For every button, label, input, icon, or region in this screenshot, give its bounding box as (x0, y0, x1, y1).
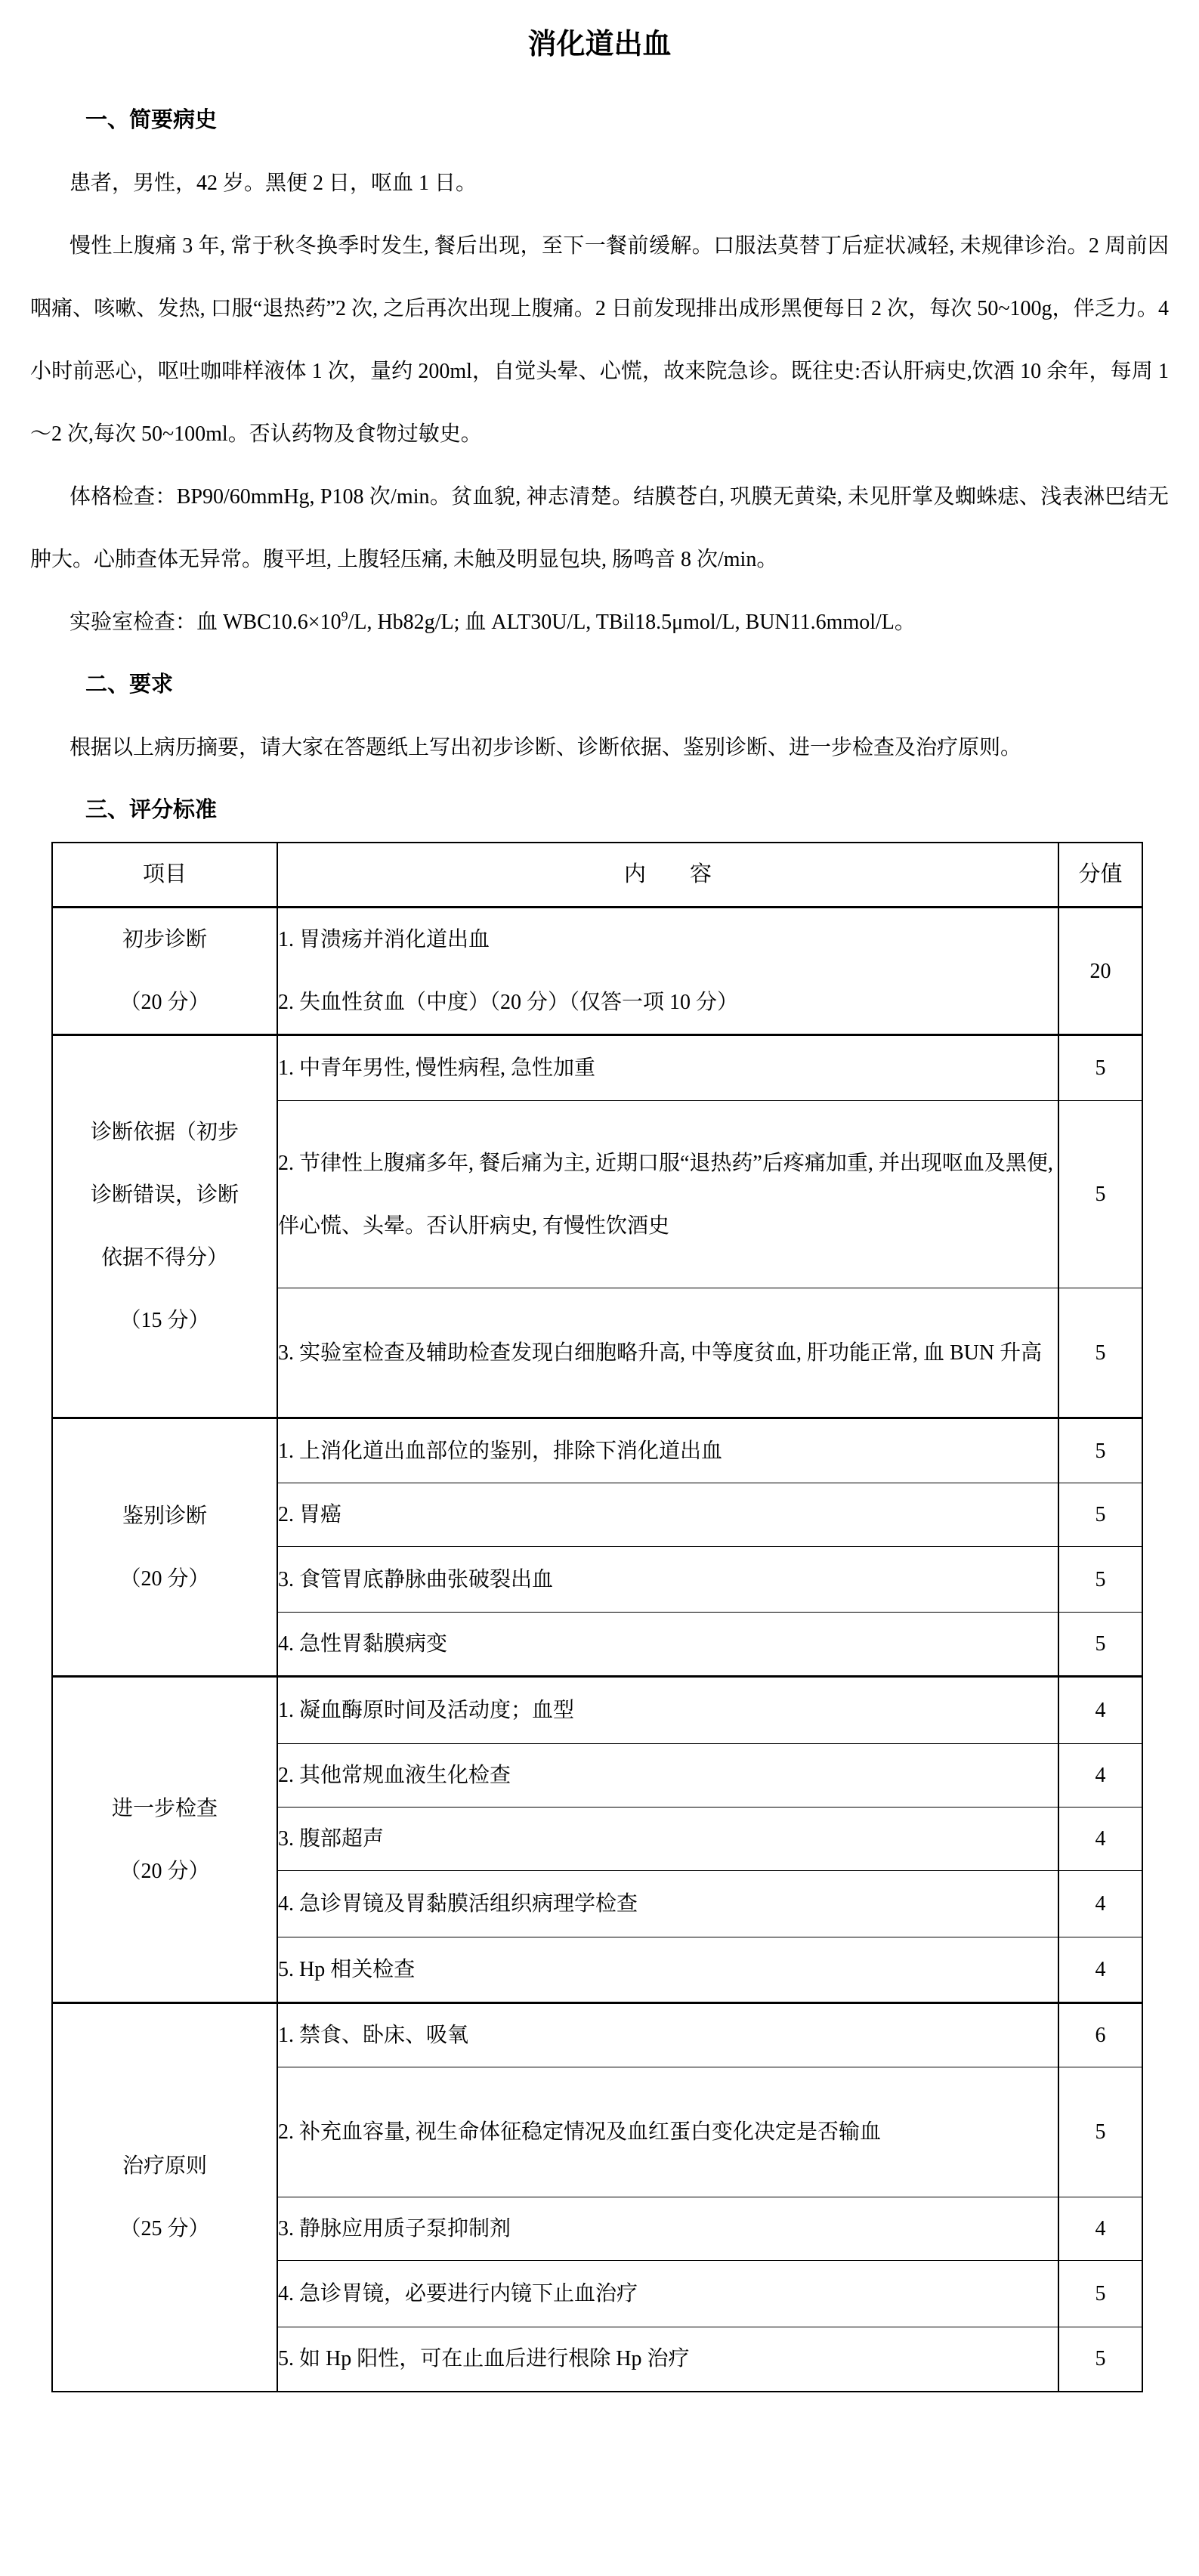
rubric-content-cell: 2. 补充血容量, 视生命体征稳定情况及血红蛋白变化决定是否输血 (277, 2067, 1058, 2197)
rubric-score-cell: 5 (1058, 1613, 1142, 1677)
rubric-score-cell: 5 (1058, 2261, 1142, 2327)
label-line: 诊断依据（初步 (53, 1101, 277, 1164)
rubric-score-cell: 5 (1058, 1483, 1142, 1547)
rubric-section-label: 鉴别诊断 （20 分） (52, 1418, 277, 1677)
rubric-content-cell: 3. 静脉应用质子泵抑制剂 (277, 2197, 1058, 2261)
rubric-content-cell: 5. 如 Hp 阳性，可在止血后进行根除 Hp 治疗 (277, 2327, 1058, 2392)
label-line: （25 分） (53, 2197, 277, 2260)
rubric-content-cell: 4. 急诊胃镜，必要进行内镜下止血治疗 (277, 2261, 1058, 2327)
rubric-content-cell: 3. 腹部超声 (277, 1808, 1058, 1871)
rubric-score-cell: 5 (1058, 1418, 1142, 1483)
label-line: 依据不得分） (53, 1226, 277, 1289)
label-line: 诊断错误，诊断 (53, 1164, 277, 1226)
rubric-score-cell: 5 (1058, 1547, 1142, 1613)
rubric-content-cell: 3. 食管胃底静脉曲张破裂出血 (277, 1547, 1058, 1613)
rubric-content-cell: 5. Hp 相关检查 (277, 1937, 1058, 2003)
rubric-score-cell: 5 (1058, 2327, 1142, 2392)
rubric-content-cell: 3. 实验室检查及辅助检查发现白细胞略升高, 中等度贫血, 肝功能正常, 血 B… (277, 1288, 1058, 1418)
rubric-col-header-item: 项目 (52, 843, 277, 908)
rubric-content-cell: 1. 胃溃疡并消化道出血 2. 失血性贫血（中度）（20 分）（仅答一项 10 … (277, 908, 1058, 1035)
rubric-col-header-content: 内 容 (277, 843, 1058, 908)
rubric-score-cell: 5 (1058, 1101, 1142, 1288)
rubric-content-cell: 4. 急性胃黏膜病变 (277, 1613, 1058, 1677)
rubric-score-cell: 4 (1058, 1937, 1142, 2003)
table-row: 治疗原则 （25 分） 1. 禁食、卧床、吸氧 6 (52, 2003, 1142, 2067)
rubric-score-cell: 5 (1058, 1035, 1142, 1101)
rubric-item: 1. 胃溃疡并消化道出血 (278, 908, 1058, 971)
history-paragraph-3: 体格检查：BP90/60mmHg, P108 次/min。贫血貌, 神志清楚。结… (30, 465, 1169, 591)
rubric-content-cell: 4. 急诊胃镜及胃黏膜活组织病理学检查 (277, 1871, 1058, 1937)
rubric-content-cell: 1. 中青年男性, 慢性病程, 急性加重 (277, 1035, 1058, 1101)
rubric-section-label: 治疗原则 （25 分） (52, 2003, 277, 2392)
rubric-score-cell: 4 (1058, 1677, 1142, 1744)
document-page: 消化道出血 一、简要病史 患者，男性，42 岁。黑便 2 日，呕血 1 日。 慢… (0, 0, 1199, 2407)
label-line: （20 分） (53, 1840, 277, 1903)
rubric-score-cell: 4 (1058, 1744, 1142, 1808)
rubric-score-cell: 5 (1058, 1288, 1142, 1418)
rubric-score-cell: 20 (1058, 908, 1142, 1035)
label-line: （15 分） (53, 1289, 277, 1352)
history-paragraph-lab: 实验室检查：血 WBC10.6×109/L, Hb82g/L; 血 ALT30U… (30, 591, 1169, 654)
table-row: 进一步检查 （20 分） 1. 凝血酶原时间及活动度；血型 4 (52, 1677, 1142, 1744)
rubric-item: 2. 失血性贫血（中度）（20 分）（仅答一项 10 分） (278, 971, 1058, 1034)
label-line: 治疗原则 (53, 2135, 277, 2197)
section-heading-history: 一、简要病史 (85, 89, 1169, 152)
rubric-score-cell: 5 (1058, 2067, 1142, 2197)
rubric-content-cell: 1. 上消化道出血部位的鉴别，排除下消化道出血 (277, 1418, 1058, 1483)
rubric-section-label: 诊断依据（初步 诊断错误，诊断 依据不得分） （15 分） (52, 1035, 277, 1418)
rubric-header-row: 项目 内 容 分值 (52, 843, 1142, 908)
rubric-section-label: 进一步检查 （20 分） (52, 1677, 277, 2003)
lab-text-prefix: 实验室检查：血 WBC10.6×10 (70, 611, 341, 634)
label-line: 进一步检查 (53, 1777, 277, 1840)
rubric-score-cell: 4 (1058, 1808, 1142, 1871)
label-line: 鉴别诊断 (53, 1485, 277, 1548)
label-line: （20 分） (53, 1548, 277, 1610)
rubric-content-cell: 2. 节律性上腹痛多年, 餐后痛为主, 近期口服“退热药”后疼痛加重, 并出现呕… (277, 1101, 1058, 1288)
rubric-content-cell: 2. 胃癌 (277, 1483, 1058, 1547)
lab-text-suffix: /L, Hb82g/L; 血 ALT30U/L, TBil18.5μmol/L,… (348, 611, 916, 634)
rubric-score-cell: 4 (1058, 1871, 1142, 1937)
requirements-paragraph: 根据以上病历摘要，请大家在答题纸上写出初步诊断、诊断依据、鉴别诊断、进一步检查及… (30, 716, 1169, 779)
table-row: 初步诊断 （20 分） 1. 胃溃疡并消化道出血 2. 失血性贫血（中度）（20… (52, 908, 1142, 1035)
history-paragraph-1: 患者，男性，42 岁。黑便 2 日，呕血 1 日。 (30, 152, 1169, 215)
page-title: 消化道出血 (30, 0, 1169, 89)
rubric-table: 项目 内 容 分值 初步诊断 （20 分） 1. 胃溃疡并消化道出血 2. 失血… (51, 842, 1143, 2392)
rubric-score-cell: 6 (1058, 2003, 1142, 2067)
section-heading-requirements: 二、要求 (85, 654, 1169, 716)
rubric-score-cell: 4 (1058, 2197, 1142, 2261)
lab-exponent: 9 (341, 609, 348, 624)
label-line: 初步诊断 (53, 908, 277, 971)
section-heading-rubric: 三、评分标准 (85, 779, 1169, 842)
rubric-content-cell: 2. 其他常规血液生化检查 (277, 1744, 1058, 1808)
rubric-section-label: 初步诊断 （20 分） (52, 908, 277, 1035)
table-row: 鉴别诊断 （20 分） 1. 上消化道出血部位的鉴别，排除下消化道出血 5 (52, 1418, 1142, 1483)
rubric-content-cell: 1. 禁食、卧床、吸氧 (277, 2003, 1058, 2067)
label-line: （20 分） (53, 971, 277, 1034)
table-row: 诊断依据（初步 诊断错误，诊断 依据不得分） （15 分） 1. 中青年男性, … (52, 1035, 1142, 1101)
history-paragraph-2: 慢性上腹痛 3 年, 常于秋冬换季时发生, 餐后出现，至下一餐前缓解。口服法莫替… (30, 215, 1169, 465)
rubric-content-cell: 1. 凝血酶原时间及活动度；血型 (277, 1677, 1058, 1744)
rubric-col-header-score: 分值 (1058, 843, 1142, 908)
